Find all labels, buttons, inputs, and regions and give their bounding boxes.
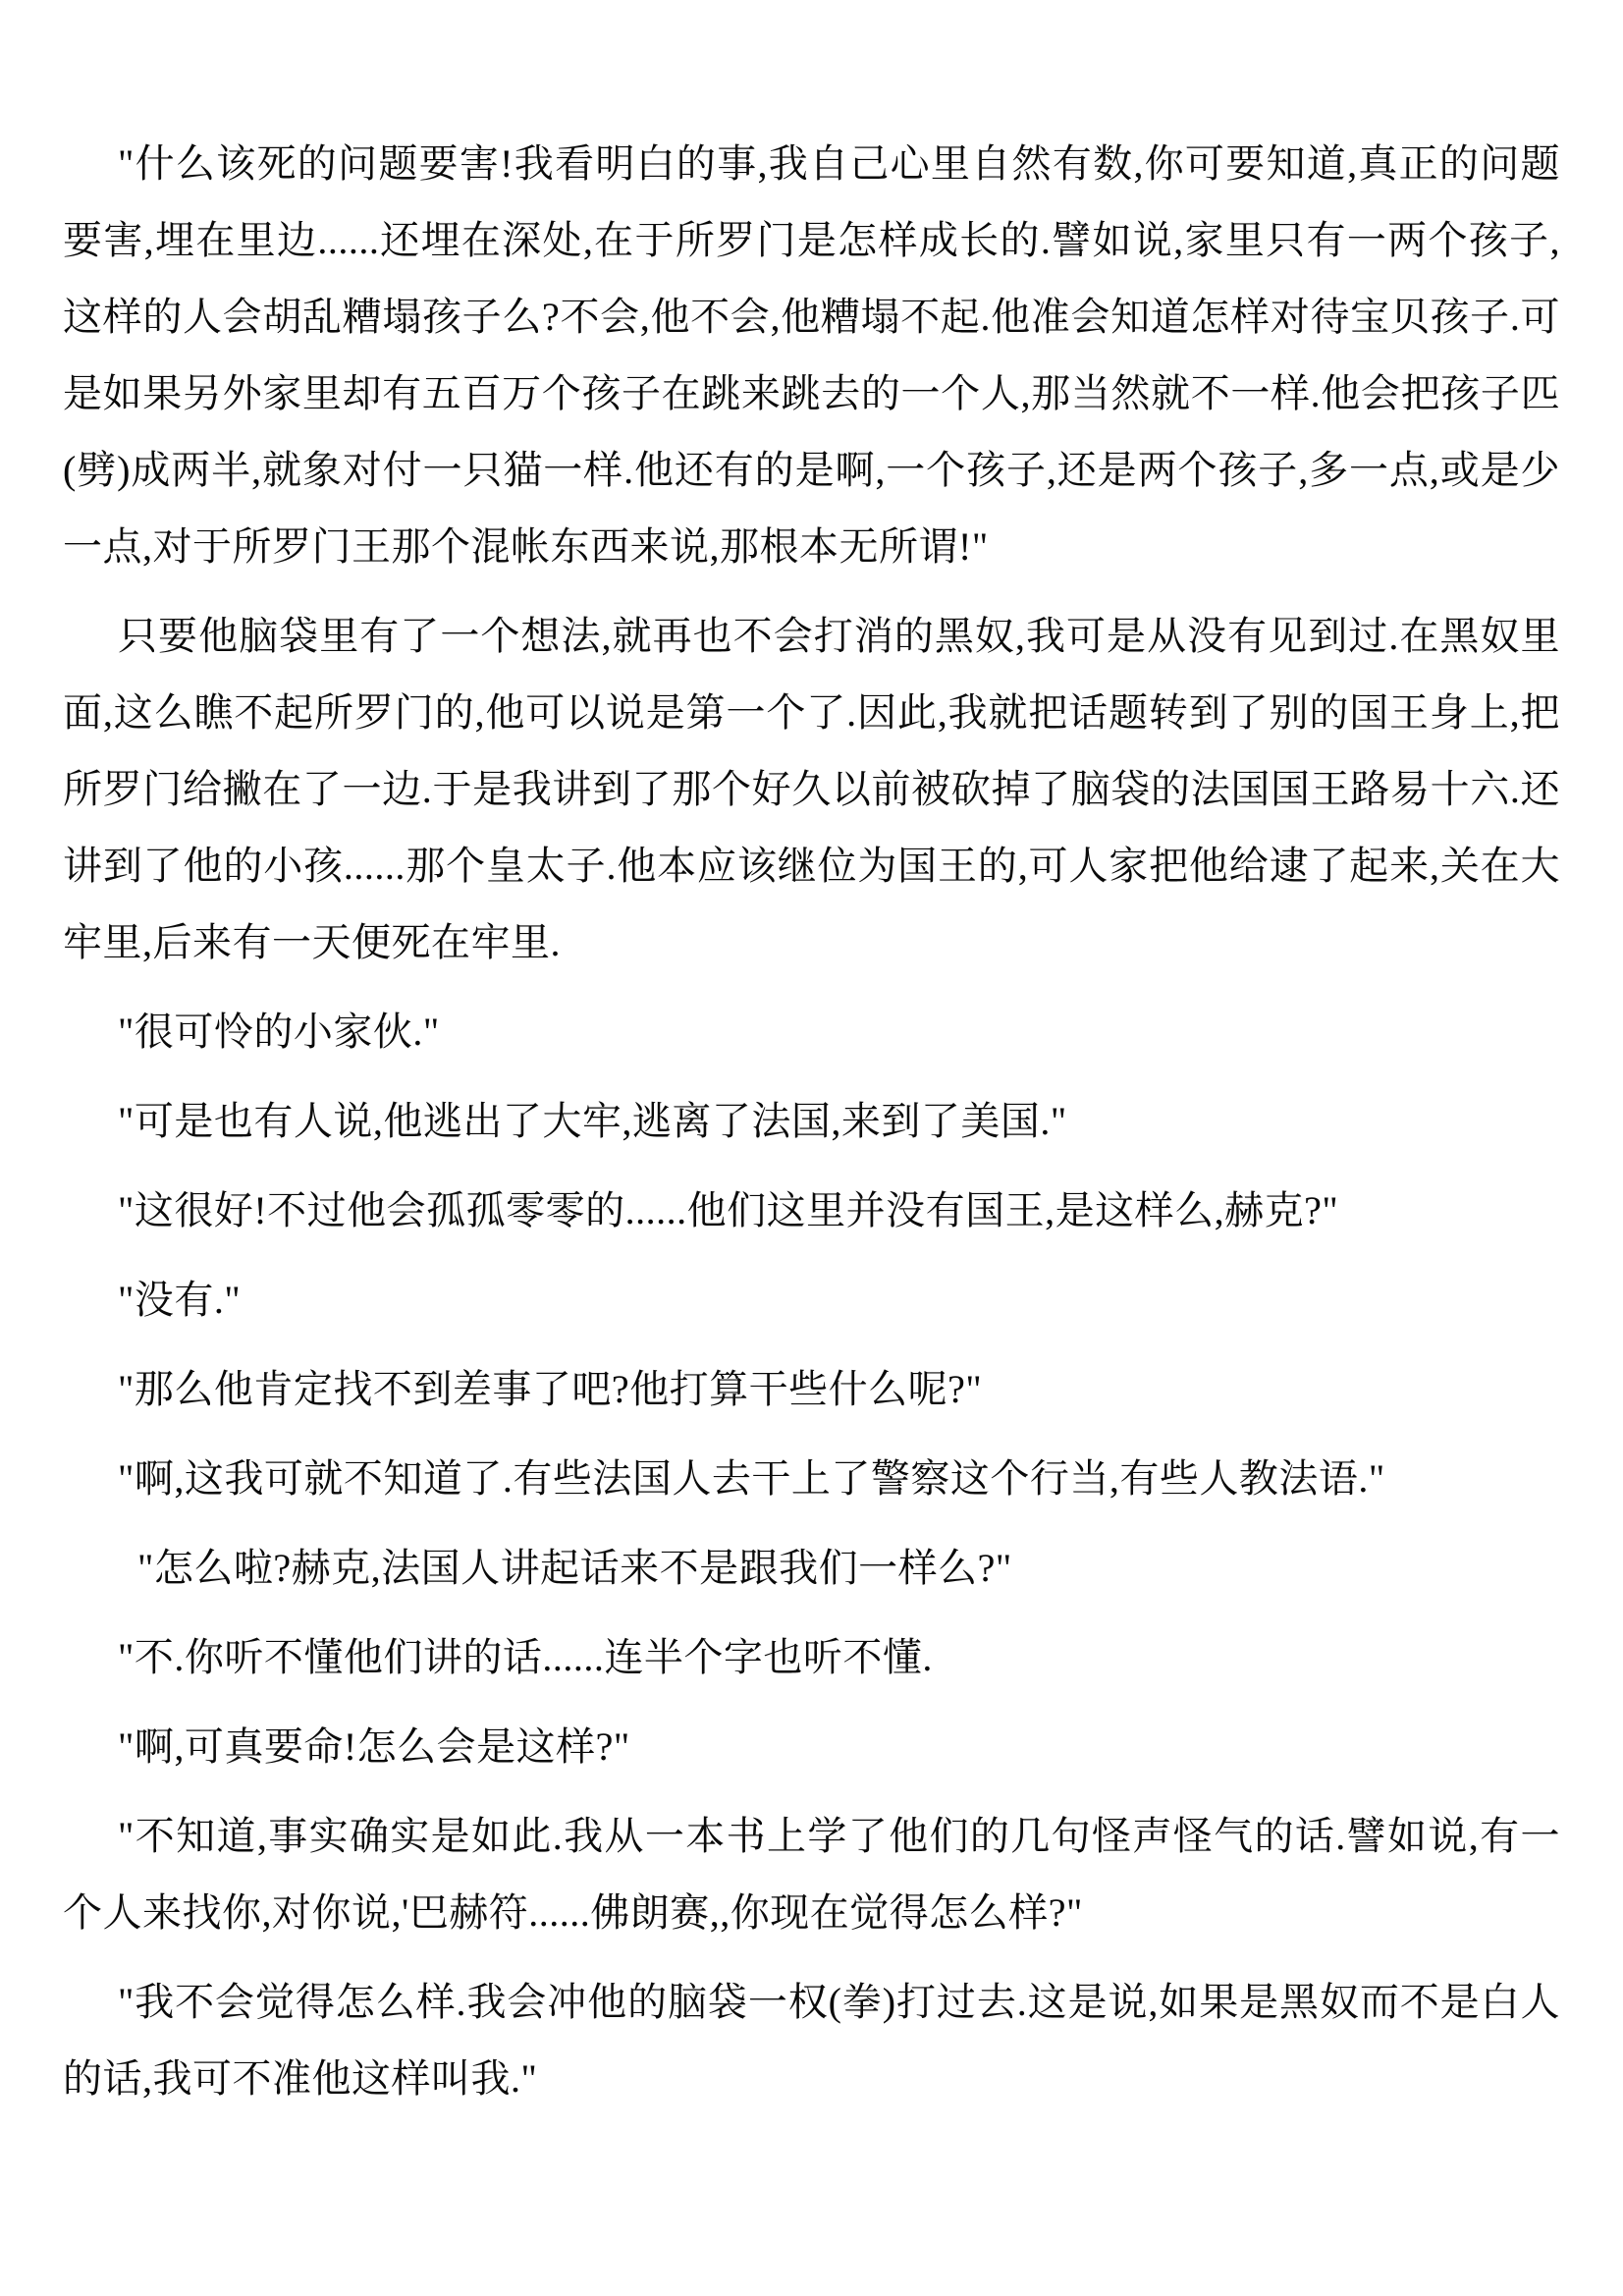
dialogue-line-9: "啊,可真要命!怎么会是这样?": [63, 1709, 1560, 1785]
dialogue-line-5: "那么他肯定找不到差事了吧?他打算干些什么呢?": [63, 1351, 1560, 1428]
dialogue-line-10: "不知道,事实确实是如此.我从一本书上学了他们的几句怪声怪气的话.譬如说,有一个…: [63, 1798, 1560, 1951]
dialogue-line-7: "怎么啦?赫克,法国人讲起话来不是跟我们一样么?": [63, 1530, 1560, 1607]
dialogue-line-4: "没有.": [63, 1262, 1560, 1339]
dialogue-line-8: "不.你听不懂他们讲的话......连半个字也听不懂.: [63, 1619, 1560, 1696]
dialogue-line-11: "我不会觉得怎么样.我会冲他的脑袋一权(拳)打过去.这是说,如果是黑奴而不是白人…: [63, 1964, 1560, 2117]
document-page: "什么该死的问题要害!我看明白的事,我自己心里自然有数,你可要知道,真正的问题要…: [0, 0, 1623, 2296]
dialogue-line-6: "啊,这我可就不知道了.有些法国人去干上了警察这个行当,有些人教法语.": [63, 1441, 1560, 1517]
dialogue-line-2: "可是也有人说,他逃出了大牢,逃离了法国,来到了美国.": [63, 1083, 1560, 1160]
dialogue-line-3: "这很好!不过他会孤孤零零的......他们这里并没有国王,是这样么,赫克?": [63, 1173, 1560, 1249]
paragraph-2: 只要他脑袋里有了一个想法,就再也不会打消的黑奴,我可是从没有见到过.在黑奴里面,…: [63, 598, 1560, 981]
paragraph-1: "什么该死的问题要害!我看明白的事,我自己心里自然有数,你可要知道,真正的问题要…: [63, 126, 1560, 585]
dialogue-line-1: "很可怜的小家伙.": [63, 994, 1560, 1070]
